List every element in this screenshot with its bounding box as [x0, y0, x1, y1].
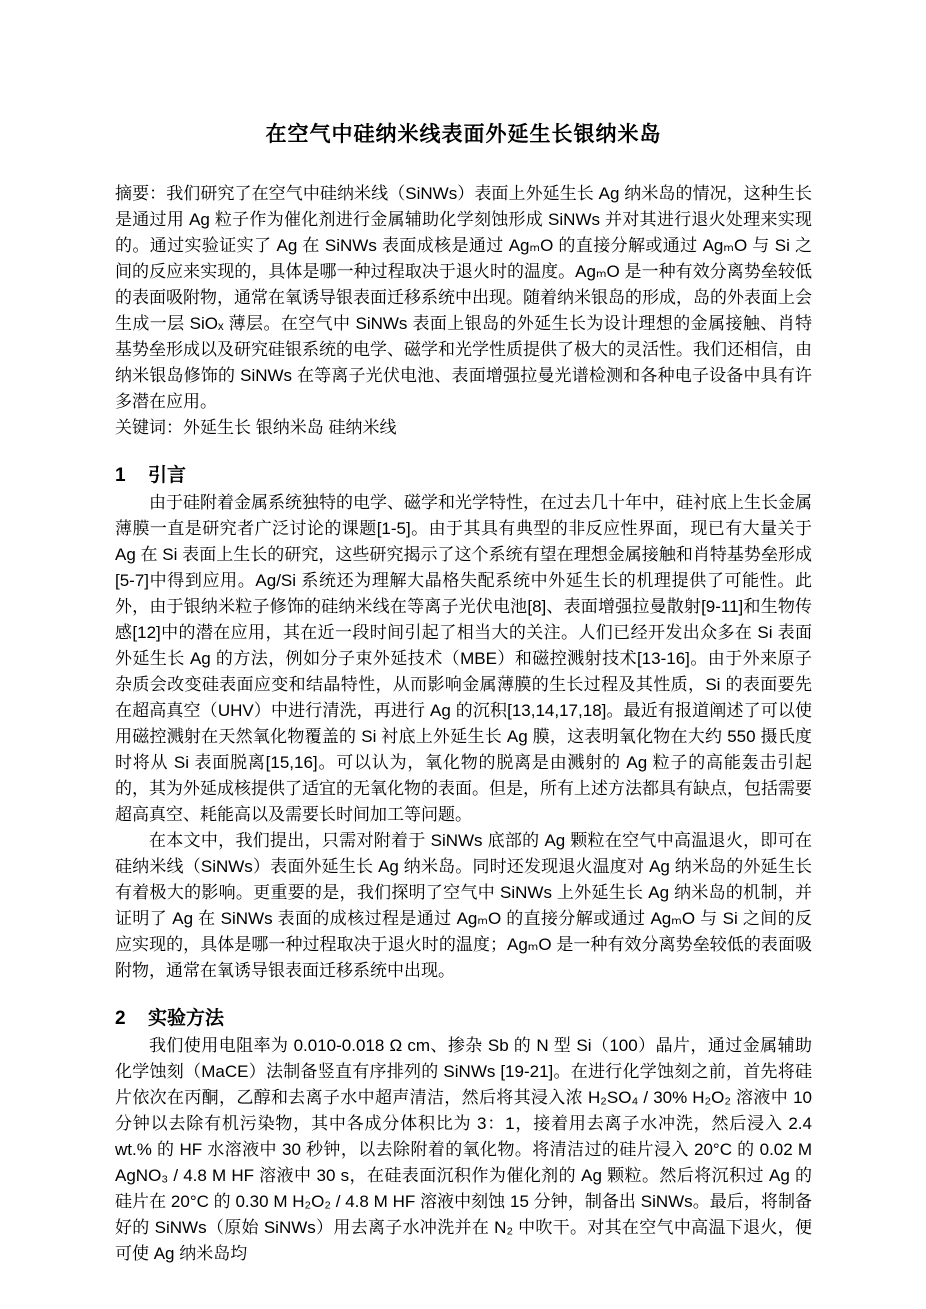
document-page: 在空气中硅纳米线表面外延生长银纳米岛 摘要：我们研究了在空气中硅纳米线（SiNW…	[0, 0, 926, 1309]
section-number: 1	[115, 462, 148, 489]
intro-paragraph-1: 由于硅附着金属系统独特的电学、磁学和光学特性，在过去几十年中，硅衬底上生长金属薄…	[115, 490, 812, 828]
section-title: 实验方法	[148, 1008, 224, 1029]
abstract-text: 我们研究了在空气中硅纳米线（SiNWs）表面上外延生长 Ag 纳米岛的情况，这种…	[115, 184, 812, 411]
keywords-paragraph: 关键词：外延生长 银纳米岛 硅纳米线	[115, 415, 812, 441]
section-methods-heading: 2实验方法	[115, 1005, 812, 1032]
section-title: 引言	[148, 465, 186, 486]
methods-paragraph-1: 我们使用电阻率为 0.010-0.018 Ω cm、掺杂 Sb 的 N 型 Si…	[115, 1033, 812, 1267]
abstract-paragraph: 摘要：我们研究了在空气中硅纳米线（SiNWs）表面上外延生长 Ag 纳米岛的情况…	[115, 181, 812, 415]
section-introduction-heading: 1引言	[115, 462, 812, 489]
keywords-label: 关键词：	[115, 418, 183, 437]
section-methods: 2实验方法 我们使用电阻率为 0.010-0.018 Ω cm、掺杂 Sb 的 …	[115, 1005, 812, 1267]
keywords-text: 外延生长 银纳米岛 硅纳米线	[183, 418, 396, 437]
abstract-label: 摘要：	[115, 184, 166, 203]
paper-title: 在空气中硅纳米线表面外延生长银纳米岛	[115, 118, 812, 152]
section-number: 2	[115, 1005, 148, 1032]
intro-paragraph-2: 在本文中，我们提出，只需对附着于 SiNWs 底部的 Ag 颗粒在空气中高温退火…	[115, 828, 812, 984]
section-introduction: 1引言 由于硅附着金属系统独特的电学、磁学和光学特性，在过去几十年中，硅衬底上生…	[115, 462, 812, 984]
